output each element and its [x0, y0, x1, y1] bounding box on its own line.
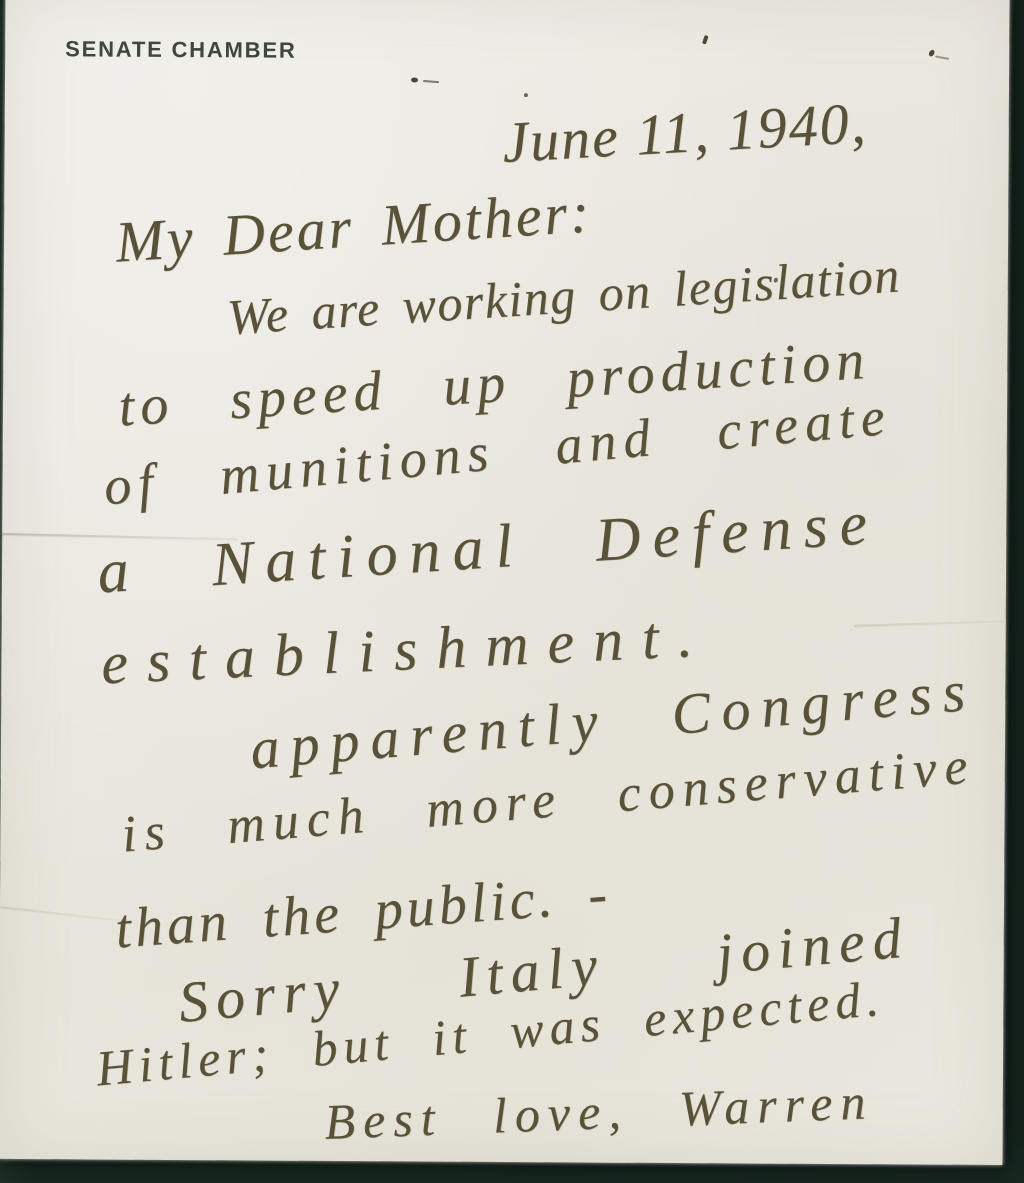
ink-speck: [935, 55, 949, 59]
ink-speck: [411, 77, 418, 82]
body-line-7: is much more conservative: [120, 740, 977, 861]
paper-crease: [0, 906, 130, 923]
salutation-line: My Dear Mother:: [114, 183, 594, 271]
ink-speck: [702, 35, 709, 45]
scanned-letter-scene: SENATE CHAMBER June 11, 1940, My Dear Mo…: [0, 0, 1024, 1183]
closing-signature-line: Best love, Warren: [324, 1076, 875, 1147]
letter-paper: SENATE CHAMBER June 11, 1940, My Dear Mo…: [0, 0, 1010, 1165]
ink-speck: [423, 80, 439, 83]
body-line-5: establishment.: [100, 605, 713, 693]
letterhead-text: SENATE CHAMBER: [65, 36, 297, 63]
body-line-4: a National Defense: [96, 492, 881, 604]
date-line: June 11, 1940,: [501, 94, 869, 172]
ink-speck: [524, 93, 528, 97]
paper-crease: [854, 620, 1006, 627]
body-line-1: We are working on legislation: [226, 249, 902, 342]
